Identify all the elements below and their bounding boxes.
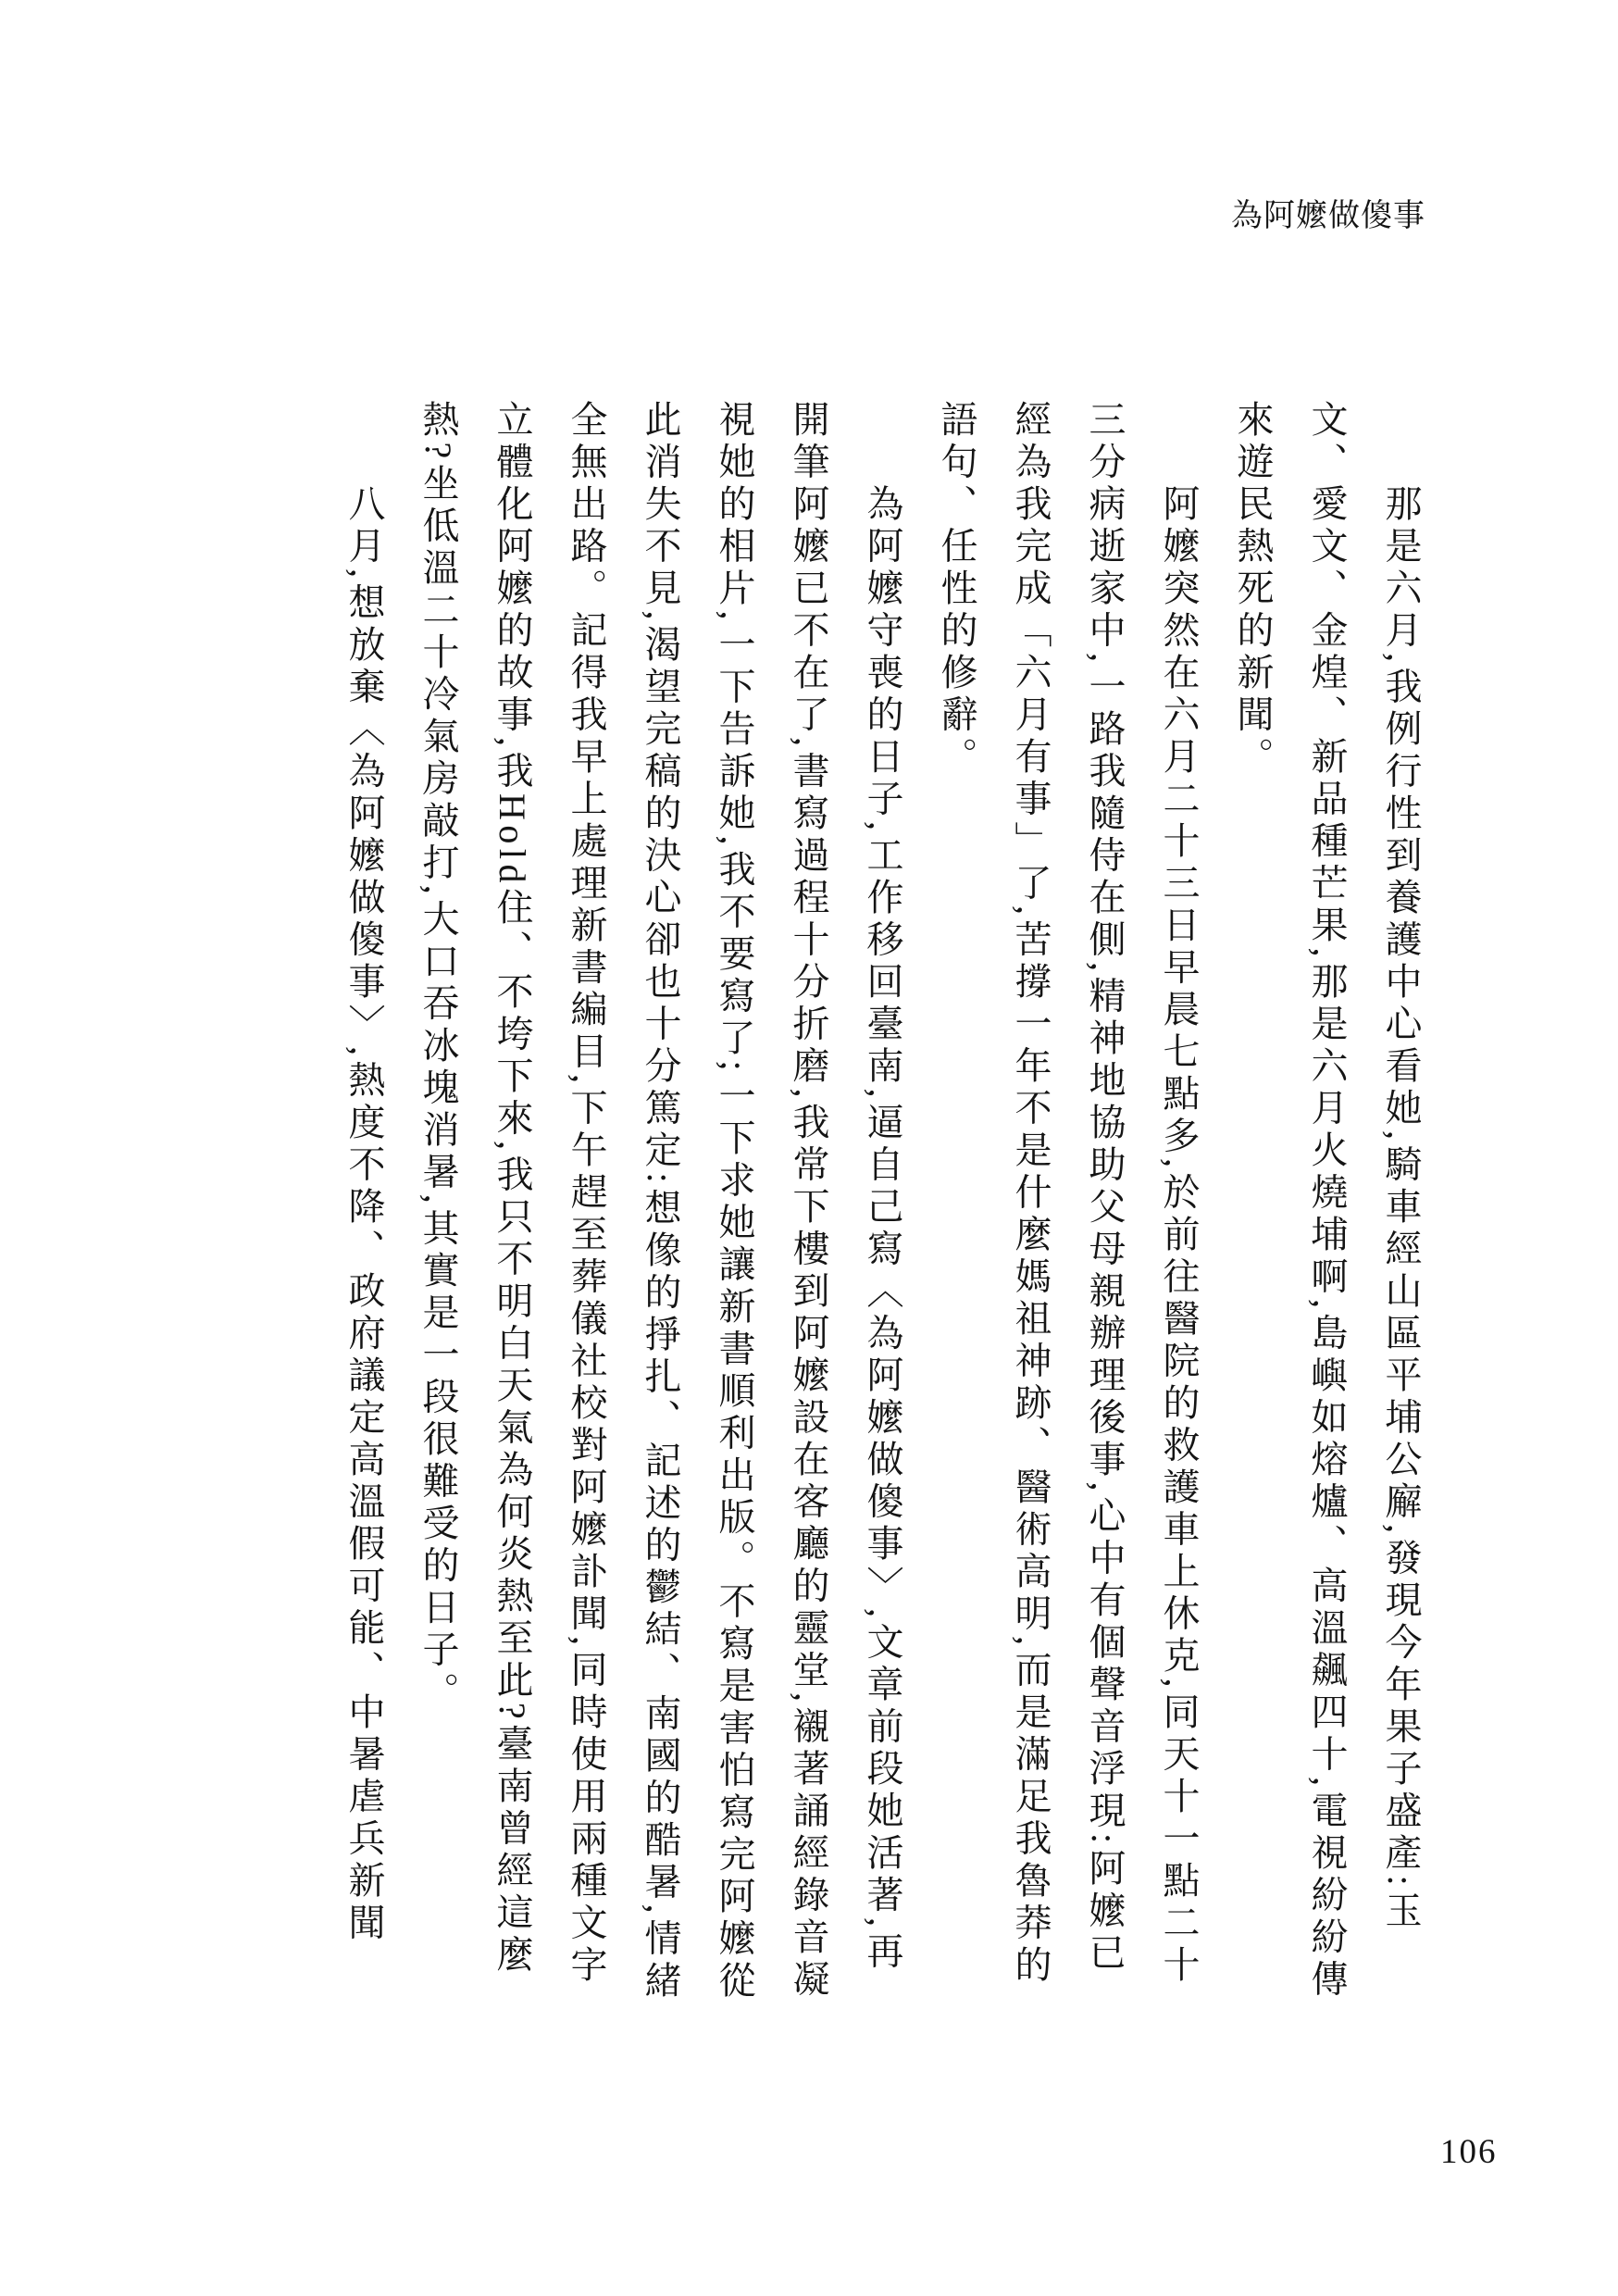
paragraph: 那是六月,我例行性到養護中心看她,騎車經山區平埔公廨,發現今年果子盛產:玉文、愛… (1215, 400, 1438, 2003)
page-number: 106 (1440, 2134, 1498, 2171)
paragraph: 為阿嬤守喪的日子,工作移回臺南,逼自己寫〈為阿嬤做傻事〉,文章前段她活著,再開筆… (401, 400, 919, 2003)
running-header: 為阿嬤做傻事 (1231, 196, 1425, 237)
paragraph: 阿嬤突然在六月二十三日早晨七點多,於前往醫院的救護車上休克,同天十一點二十三分病… (919, 400, 1215, 2003)
article-text-block: 那是六月,我例行性到養護中心看她,騎車經山區平埔公廨,發現今年果子盛產:玉文、愛… (253, 400, 1438, 2003)
book-page: 為阿嬤做傻事 那是六月,我例行性到養護中心看她,騎車經山區平埔公廨,發現今年果子… (0, 0, 1618, 2296)
paragraph: 八月,想放棄〈為阿嬤做傻事〉,熱度不降、政府議定高溫假可能、中暑虐兵新聞 (327, 400, 401, 2003)
